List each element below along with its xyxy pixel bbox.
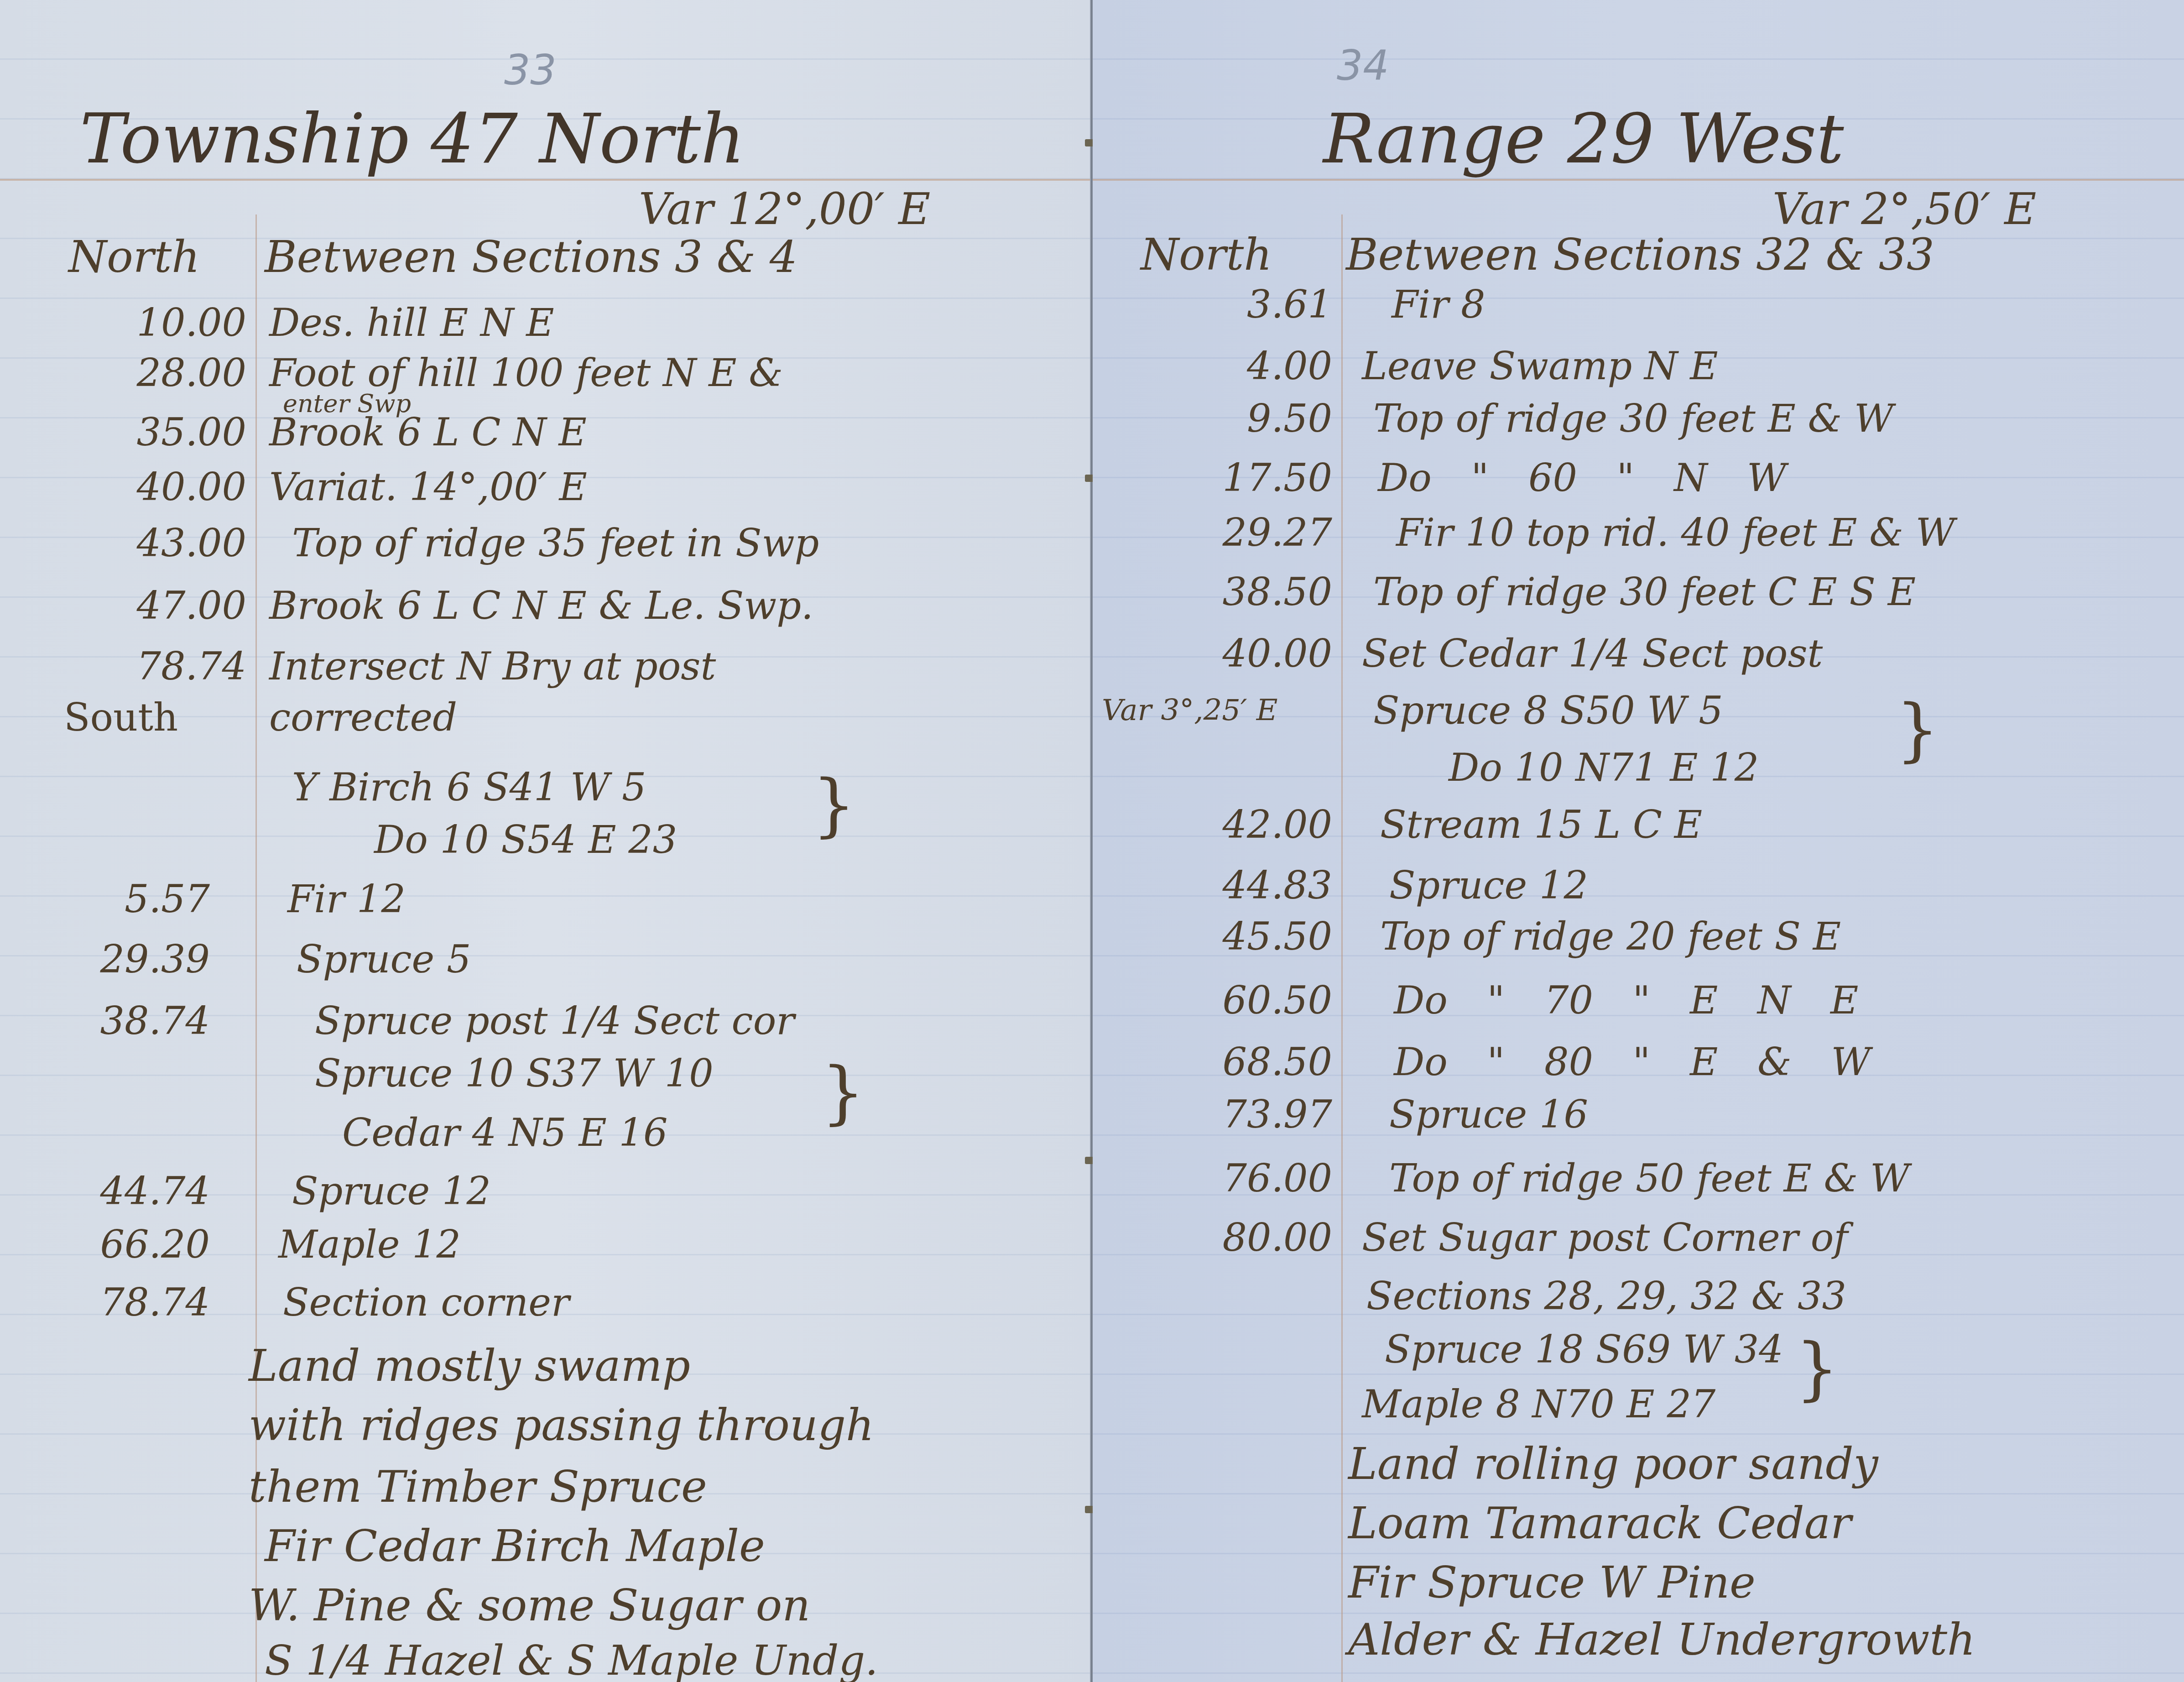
distance-value: 28.00 <box>18 354 246 392</box>
distance-value: 78.74 <box>18 647 246 685</box>
entry-note: Leave Swamp N E <box>1362 347 1718 385</box>
entry-note: Do " 70 " E N E <box>1394 981 1858 1019</box>
distance-value: 68.50 <box>1104 1043 1332 1081</box>
entry-note: Variat. 14°,00′ E <box>269 468 587 506</box>
distance-value: 10.00 <box>18 303 246 342</box>
distance-value: 66.20 <box>0 1225 210 1264</box>
bearing-tree: Maple 8 N70 E 27 <box>1362 1385 1715 1423</box>
distance-value: 3.61 <box>1104 285 1332 324</box>
entry-note: Top of ridge 30 feet E & W <box>1373 399 1893 438</box>
entry-note: Fir 12 <box>287 880 406 918</box>
entry-note: Do " 80 " E & W <box>1394 1043 1871 1081</box>
distance-value: 73.97 <box>1104 1095 1332 1134</box>
bracket: } <box>1795 1335 1839 1403</box>
bearing-tree: Spruce 18 S69 W 34 <box>1385 1330 1783 1369</box>
page-number: 34 <box>1337 46 1389 87</box>
entry-note: Foot of hill 100 feet N E & <box>269 354 783 392</box>
page-title: Township 47 North <box>80 105 745 173</box>
distance-value: 29.39 <box>0 940 210 978</box>
line-heading: Between Sections 3 & 4 <box>265 235 797 279</box>
section-heading: corrected <box>269 698 457 737</box>
land-description-line: them Timber Spruce <box>249 1465 707 1509</box>
land-description-line: Alder & Hazel Undergrowth <box>1348 1618 1976 1661</box>
entry-note: Top of ridge 20 feet S E <box>1380 917 1841 956</box>
left-page: 33 Township 47 North Var 12°,00′ E North… <box>0 0 1093 1682</box>
entry-note: Section corner <box>283 1283 569 1322</box>
distance-value: 17.50 <box>1104 459 1332 497</box>
distance-value: 29.27 <box>1104 513 1332 552</box>
distance-value: 4.00 <box>1104 347 1332 385</box>
land-description-line: W. Pine & some Sugar on <box>249 1583 810 1627</box>
land-description-line: Land mostly swamp <box>249 1344 690 1388</box>
land-description-line: Fir Cedar Birch Maple <box>265 1524 765 1568</box>
entry-note: Stream 15 L C E <box>1380 805 1702 844</box>
distance-value: 38.74 <box>0 1002 210 1040</box>
distance-value: 78.74 <box>0 1283 210 1322</box>
land-description-line: Land rolling poor sandy <box>1348 1442 1878 1486</box>
right-page: 34 Range 29 West Var 2°,50′ E North Betw… <box>1093 0 2184 1682</box>
distance-value: 35.00 <box>18 413 246 451</box>
bracket: } <box>1896 696 1939 764</box>
entry-note: Top of ridge 35 feet in Swp <box>292 524 819 562</box>
margin-rule <box>1341 214 1343 1682</box>
corner-sections-line: Sections 28, 29, 32 & 33 <box>1366 1277 1846 1315</box>
entry-note: Top of ridge 30 feet C E S E <box>1373 573 1916 611</box>
distance-value: 80.00 <box>1104 1218 1332 1257</box>
bearing-tree: Do 10 N71 E 12 <box>1449 748 1759 787</box>
bearing-tree: Y Birch 6 S41 W 5 <box>292 768 646 806</box>
bracket: } <box>821 1059 865 1127</box>
entry-note: Intersect N Bry at post <box>269 647 716 685</box>
entry-note: Brook 6 L C N E <box>269 413 587 451</box>
page-number: 33 <box>504 50 557 91</box>
entry-note: Fir 8 <box>1392 285 1485 324</box>
entry-note: Top of ridge 50 feet E & W <box>1389 1159 1909 1197</box>
variation-note: Var 12°,00′ E <box>639 187 930 231</box>
land-description-line: Loam Tamarack Cedar <box>1348 1501 1851 1545</box>
entry-note: Spruce post 1/4 Sect cor <box>315 1002 794 1040</box>
horizontal-red-rule <box>0 179 1093 181</box>
distance-value: 42.00 <box>1104 805 1332 844</box>
horizontal-red-rule <box>1093 179 2184 181</box>
entry-note: Spruce 16 <box>1389 1095 1588 1134</box>
entry-note: Do " 60 " N W <box>1378 459 1786 497</box>
distance-value: 38.50 <box>1104 573 1332 611</box>
entry-note: Set Sugar post Corner of <box>1362 1218 1848 1257</box>
entry-note: Brook 6 L C N E & Le. Swp. <box>269 586 813 625</box>
entry-note: Spruce 12 <box>292 1172 491 1210</box>
distance-value: 43.00 <box>18 524 246 562</box>
entry-note: Maple 12 <box>278 1225 461 1264</box>
entry-note: Des. hill E N E <box>269 303 554 342</box>
entry-note: Spruce 5 <box>297 940 471 978</box>
margin-variation-note: Var 3°,25′ E <box>1102 696 1278 725</box>
direction-label: South <box>64 698 178 737</box>
entry-note: Fir 10 top rid. 40 feet E & W <box>1396 513 1955 552</box>
distance-value: 44.74 <box>0 1172 210 1210</box>
direction-label: North <box>68 235 200 279</box>
distance-value: 40.00 <box>1104 634 1332 673</box>
entry-note: Spruce 12 <box>1389 866 1588 904</box>
bearing-tree: Cedar 4 N5 E 16 <box>342 1113 667 1152</box>
direction-label: North <box>1141 233 1272 277</box>
bearing-tree: Do 10 S54 E 23 <box>374 820 677 859</box>
distance-value: 40.00 <box>18 468 246 506</box>
line-heading: Between Sections 32 & 33 <box>1346 233 1934 277</box>
distance-value: 47.00 <box>18 586 246 625</box>
entry-note: Set Cedar 1/4 Sect post <box>1362 634 1823 673</box>
distance-value: 45.50 <box>1104 917 1332 956</box>
distance-value: 76.00 <box>1104 1159 1332 1197</box>
land-description-line: Fir Spruce W Pine <box>1348 1561 1756 1604</box>
distance-value: 60.50 <box>1104 981 1332 1019</box>
variation-note: Var 2°,50′ E <box>1772 187 2036 231</box>
page-title: Range 29 West <box>1323 105 1844 173</box>
distance-value: 5.57 <box>0 880 210 918</box>
distance-value: 9.50 <box>1104 399 1332 438</box>
bearing-tree: Spruce 8 S50 W 5 <box>1373 691 1723 730</box>
bracket: } <box>812 771 855 840</box>
land-description-line: S 1/4 Hazel & S Maple Undg. <box>265 1640 878 1682</box>
bearing-tree: Spruce 10 S37 W 10 <box>315 1054 714 1092</box>
land-description-line: with ridges passing through <box>249 1403 874 1447</box>
distance-value: 44.83 <box>1104 866 1332 904</box>
